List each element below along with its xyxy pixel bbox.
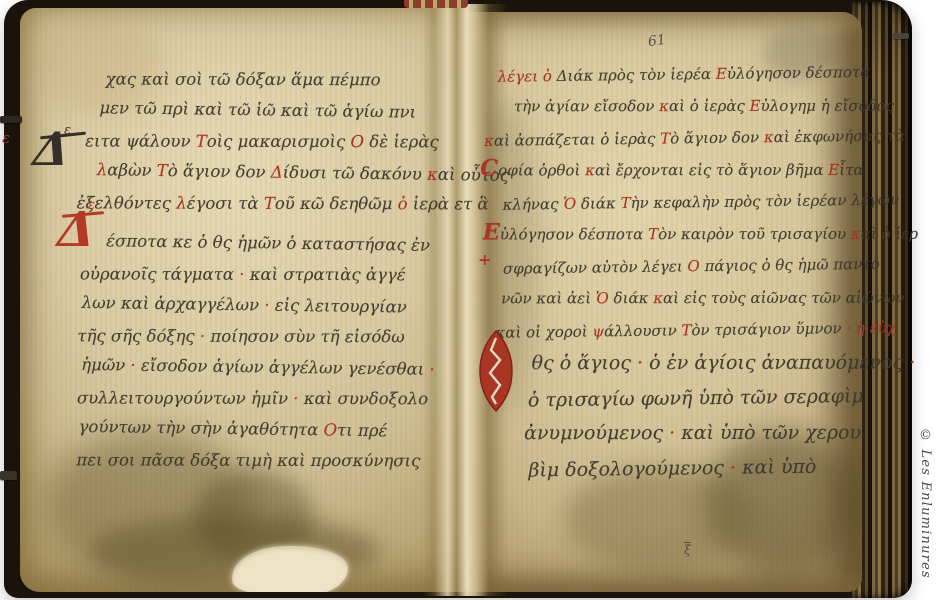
text-line: καὶ ἀσπάζεται ὁ ἱερὰς Τὸ ἅγιον δον καὶ ἐ… xyxy=(484,119,918,157)
text-segment: κ xyxy=(659,97,669,115)
text-segment: ὐλόγησον δέσποτα xyxy=(500,225,648,243)
text-line: Εὐλόγησον δέσποτα Τὸν καιρὸν τοῦ τρισαγί… xyxy=(483,218,918,251)
text-segment: Ὁ xyxy=(563,195,576,213)
text-segment: Τ xyxy=(196,132,207,151)
text-line: γούντων τὴν σὴν ἀγαθότητα Οτι πρέ xyxy=(78,411,507,448)
text-line: σφραγίζων αὐτὸν λέγει Ο πάγιος ὁ θς ἡμῶ … xyxy=(503,247,919,284)
text-segment: Ο xyxy=(323,420,337,439)
text-segment: ἀνυμνούμενος xyxy=(524,422,669,444)
quire-signature: ξ xyxy=(684,543,691,557)
text-line: λων καὶ ἀρχαγγέλων · εἰς λειτουργίαν xyxy=(81,287,508,324)
text-segment: ἡμῶν xyxy=(81,355,131,375)
margin-initial-delta-red: Δ xyxy=(55,206,97,254)
text-segment: έσποτα κε ὁ θς ἡμῶν ὁ καταστήσας ἐν xyxy=(106,231,430,255)
text-line: λέγει ὁ Διάκ πρὸς τὸν ἱερέα Εὐλόγησον δέ… xyxy=(497,55,917,92)
text-segment: Διάκ πρὸς τὸν ἱερέα xyxy=(557,65,716,85)
folio-number: 61 xyxy=(647,32,667,50)
left-page-text-column: χας καὶ σοὶ τῶ δόξαν ἅμα πέμπο μεν τῶ πρ… xyxy=(90,62,510,478)
margin-initial-delta-black: Δ xyxy=(31,126,73,172)
text-segment: λων καὶ ἀρχαγγέλων xyxy=(82,293,265,315)
text-segment: αβὼν xyxy=(107,160,157,180)
text-segment: Τ xyxy=(681,321,691,339)
text-segment: νῶν καὶ ἀεὶ xyxy=(501,289,596,307)
text-segment: Ε xyxy=(716,65,727,83)
text-segment: τι πρέ xyxy=(337,421,388,441)
text-segment: Ε xyxy=(750,97,761,115)
text-segment: ὁ ἐν ἁγίοις ἀναπαυόμενος xyxy=(643,352,909,374)
text-segment: εἰς λειτουργίαν xyxy=(269,296,406,317)
text-segment: κ xyxy=(585,161,595,179)
text-segment: συλλειτουργούντων ἡμῖν xyxy=(77,388,293,408)
text-segment: αὶ ἀσπάζεται ὁ ἱερὰς xyxy=(494,130,660,150)
text-segment: αὶ εἰς τοὺς αἰῶνας τῶν αἰώνων xyxy=(663,289,904,307)
text-segment: κλήνας xyxy=(502,195,563,214)
text-line: τῆς σῆς δόξης · ποίησον σὺν τῆ εἰσόδω xyxy=(77,320,507,352)
text-line: θς ὁ ἅγιος · ὁ ἐν ἁγίοις ἀναπαυόμενος · xyxy=(532,346,919,382)
text-line: χας καὶ σοὶ τῶ δόξαν ἅμα πέμπο xyxy=(106,64,510,96)
headband xyxy=(404,0,468,8)
text-segment: μεν τῶ πρὶ καὶ τῶ ἱῶ καὶ τῶ ἁγίω πνι xyxy=(99,98,416,121)
text-segment: χας καὶ σοὶ τῶ δόξαν ἅμα πέμπο xyxy=(106,70,381,90)
text-segment: άλλουσιν xyxy=(604,321,682,340)
text-segment: κ xyxy=(653,289,663,307)
text-segment: αὶ ἐκφωνήσας τὰ xyxy=(774,126,906,146)
text-line: καὶ οἱ χοροὶ ψάλλουσιν Τὸν τρισάγιον ὕμν… xyxy=(495,311,919,349)
text-segment: ὸν τρισάγιον ὕμνον xyxy=(691,319,846,339)
text-line: οὐρανοῖς τάγματα · καὶ στρατιὰς ἀγγέ xyxy=(80,258,508,290)
text-segment: αὶ ὁ ἱερ xyxy=(861,225,918,243)
text-line: πει σοι πᾶσα δόξα τιμὴ καὶ προσκύνησις xyxy=(76,444,506,476)
photo-credit: © Les Enluminures xyxy=(918,428,933,600)
text-segment: οφία ὀρθοὶ xyxy=(498,161,585,179)
manuscript-photo: χας καὶ σοὶ τῶ δόξαν ἅμα πέμπο μεν τῶ πρ… xyxy=(0,0,948,600)
text-segment: οὐρανοῖς τάγματα xyxy=(80,264,239,283)
text-line: ειτα ψάλουν Τοὶς μακαρισμοὶς Ο δὲ ἱερὰς xyxy=(85,125,509,157)
text-segment: κ xyxy=(484,132,494,150)
text-segment: καὶ ὑπὸ τῶν χερου xyxy=(675,422,861,444)
text-segment: ὁ xyxy=(398,194,408,213)
text-segment: τῆς σῆς δόξης xyxy=(77,326,200,345)
text-segment: κ xyxy=(764,128,774,146)
text-segment: ὸ ἅγιον δον xyxy=(168,161,271,181)
text-segment: ὐλόγησον δέσποτα xyxy=(727,63,871,83)
text-segment: γούντων τὴν σὴν ἀγαθότητα xyxy=(78,417,323,439)
text-segment: οὶς μακαρισμοὶς xyxy=(207,132,351,151)
text-segment: Τ xyxy=(620,194,630,212)
text-segment: διάκ xyxy=(576,194,621,213)
text-segment: ὸ ἅγιον δον xyxy=(670,128,764,147)
text-line: ἡμῶν · εἴσοδον ἁγίων ἀγγέλων γενέσθαι · xyxy=(81,349,508,386)
text-segment: Ὁ xyxy=(596,289,609,307)
text-segment: λέγει ὁ xyxy=(498,67,557,86)
margin-cross: + xyxy=(478,250,491,269)
text-segment: · xyxy=(429,360,435,379)
text-segment: θς ὁ ἅγιος xyxy=(532,352,637,374)
text-segment: διάκ xyxy=(609,289,653,307)
text-segment: Ο xyxy=(687,257,700,275)
text-segment: κ xyxy=(851,225,861,243)
text-line: συλλειτουργούντων ἡμῖν · καὶ συνδοξολο xyxy=(77,382,507,414)
text-segment: οῦ κῶ δεηθῶμ xyxy=(275,194,398,213)
text-line: τὴν ἁγίαν εἴσοδον καὶ ὁ ἱερὰς Εὐλογημ ἡ … xyxy=(514,90,917,123)
text-segment: λ xyxy=(176,194,187,213)
text-segment: Τ xyxy=(264,194,275,213)
text-segment: ειτα ψάλουν xyxy=(85,131,196,150)
text-segment: · ἡ εὐχ xyxy=(846,319,896,338)
text-segment: Ϲ xyxy=(480,155,498,181)
text-line: κλήνας Ὁ διάκ Τὴν κεφαλὴν πρὸς τὸν ἱερέα… xyxy=(502,183,918,220)
text-line: ἐξελθόντες λέγοσι τὰ Τοῦ κῶ δεηθῶμ ὁ ἱερ… xyxy=(77,187,509,219)
text-segment: έγοσι τὰ xyxy=(187,194,264,213)
text-segment: αὶ ὁ ἱερὰς xyxy=(669,97,750,115)
text-segment: Τ xyxy=(157,161,168,180)
text-line: Ϲοφία ὀρθοὶ καὶ ἔρχονται εἰς τὸ ἅγιον βῆ… xyxy=(480,154,917,187)
text-line: ὁ τρισαγίω φωνῆ ὑπὸ τῶν σεραφὶμ xyxy=(528,378,920,418)
text-segment: ὴν κεφαλὴν πρὸς τὸν ἱερέαν λέγων xyxy=(630,191,899,213)
text-segment: ὸν καιρὸν τοῦ τρισαγίου xyxy=(658,225,851,243)
text-segment: ὐλογημ ἡ εἴσοδος xyxy=(761,97,895,115)
drop-cap-initial-omicron: Ο xyxy=(477,329,515,413)
text-segment: Τ xyxy=(648,225,658,243)
text-segment: ἱερὰ ετ ἃ xyxy=(408,194,489,213)
text-segment: ψ xyxy=(592,322,604,340)
text-segment: ἶτα xyxy=(839,161,863,179)
text-segment: ποίησον σὺν τῆ εἰσόδω xyxy=(205,327,405,347)
text-segment: καὶ στρατιὰς ἀγγέ xyxy=(244,265,405,284)
text-segment: τὴν ἁγίαν εἴσοδον xyxy=(514,97,659,115)
text-segment: δὲ ἱερὰς xyxy=(364,132,439,151)
text-line: μεν τῶ πρὶ καὶ τῶ ἱῶ καὶ τῶ ἁγίω πνι xyxy=(99,92,510,129)
text-segment: καὶ συνδοξολο xyxy=(299,389,429,408)
text-segment: ίδυσι τῶ δακόνυ xyxy=(283,163,428,184)
text-line: βὶμ δοξολογούμενος · καὶ ὑπὸ xyxy=(528,448,920,488)
text-segment: πάγιος ὁ θς ἡμῶ παντὸ xyxy=(700,255,880,275)
clasp-pin xyxy=(0,471,17,480)
text-segment: Τ xyxy=(660,129,670,147)
right-page-text-column: λέγει ὁ Διάκ πρὸς τὸν ἱερέα Εὐλόγησον δέ… xyxy=(504,57,920,488)
text-segment: Ο xyxy=(351,132,365,151)
text-segment: Ε xyxy=(828,161,839,179)
text-segment: · xyxy=(909,352,915,374)
text-segment: ὁ τρισαγίω φωνῆ ὑπὸ τῶν σεραφὶμ xyxy=(528,385,864,411)
text-segment: πει σοι πᾶσα δόξα τιμὴ καὶ προσκύνησις xyxy=(76,450,420,470)
text-line: λαβὼν Τὸ ἅγιον δον Δίδυσι τῶ δακόνυ καὶ … xyxy=(97,154,510,191)
text-line: ἀνυμνούμενος · καὶ ὑπὸ τῶν χερου xyxy=(524,416,919,452)
margin-flourish: ε xyxy=(2,131,10,146)
text-segment: καὶ ὑπὸ xyxy=(736,456,817,479)
text-segment: Δ xyxy=(271,163,283,182)
text-segment: αὶ ἔρχονται εἰς τὸ ἅγιον βῆμα xyxy=(595,161,828,179)
text-line: νῶν καὶ ἀεὶ Ὁ διάκ καὶ εἰς τοὺς αἰῶνας τ… xyxy=(501,282,918,315)
text-segment: κ xyxy=(427,165,438,184)
clasp-pin xyxy=(893,33,909,39)
text-segment: εἴσοδον ἁγίων ἀγγέλων γενέσθαι xyxy=(136,356,430,379)
text-segment: βὶμ δοξολογούμενος xyxy=(528,457,730,482)
text-line: έσποτα κε ὁ θς ἡμῶν ὁ καταστήσας ἐν xyxy=(106,225,509,262)
text-segment: σφραγίζων αὐτὸν λέγει xyxy=(503,257,688,277)
text-segment: Ε xyxy=(483,219,500,245)
clasp-pin xyxy=(0,116,22,123)
